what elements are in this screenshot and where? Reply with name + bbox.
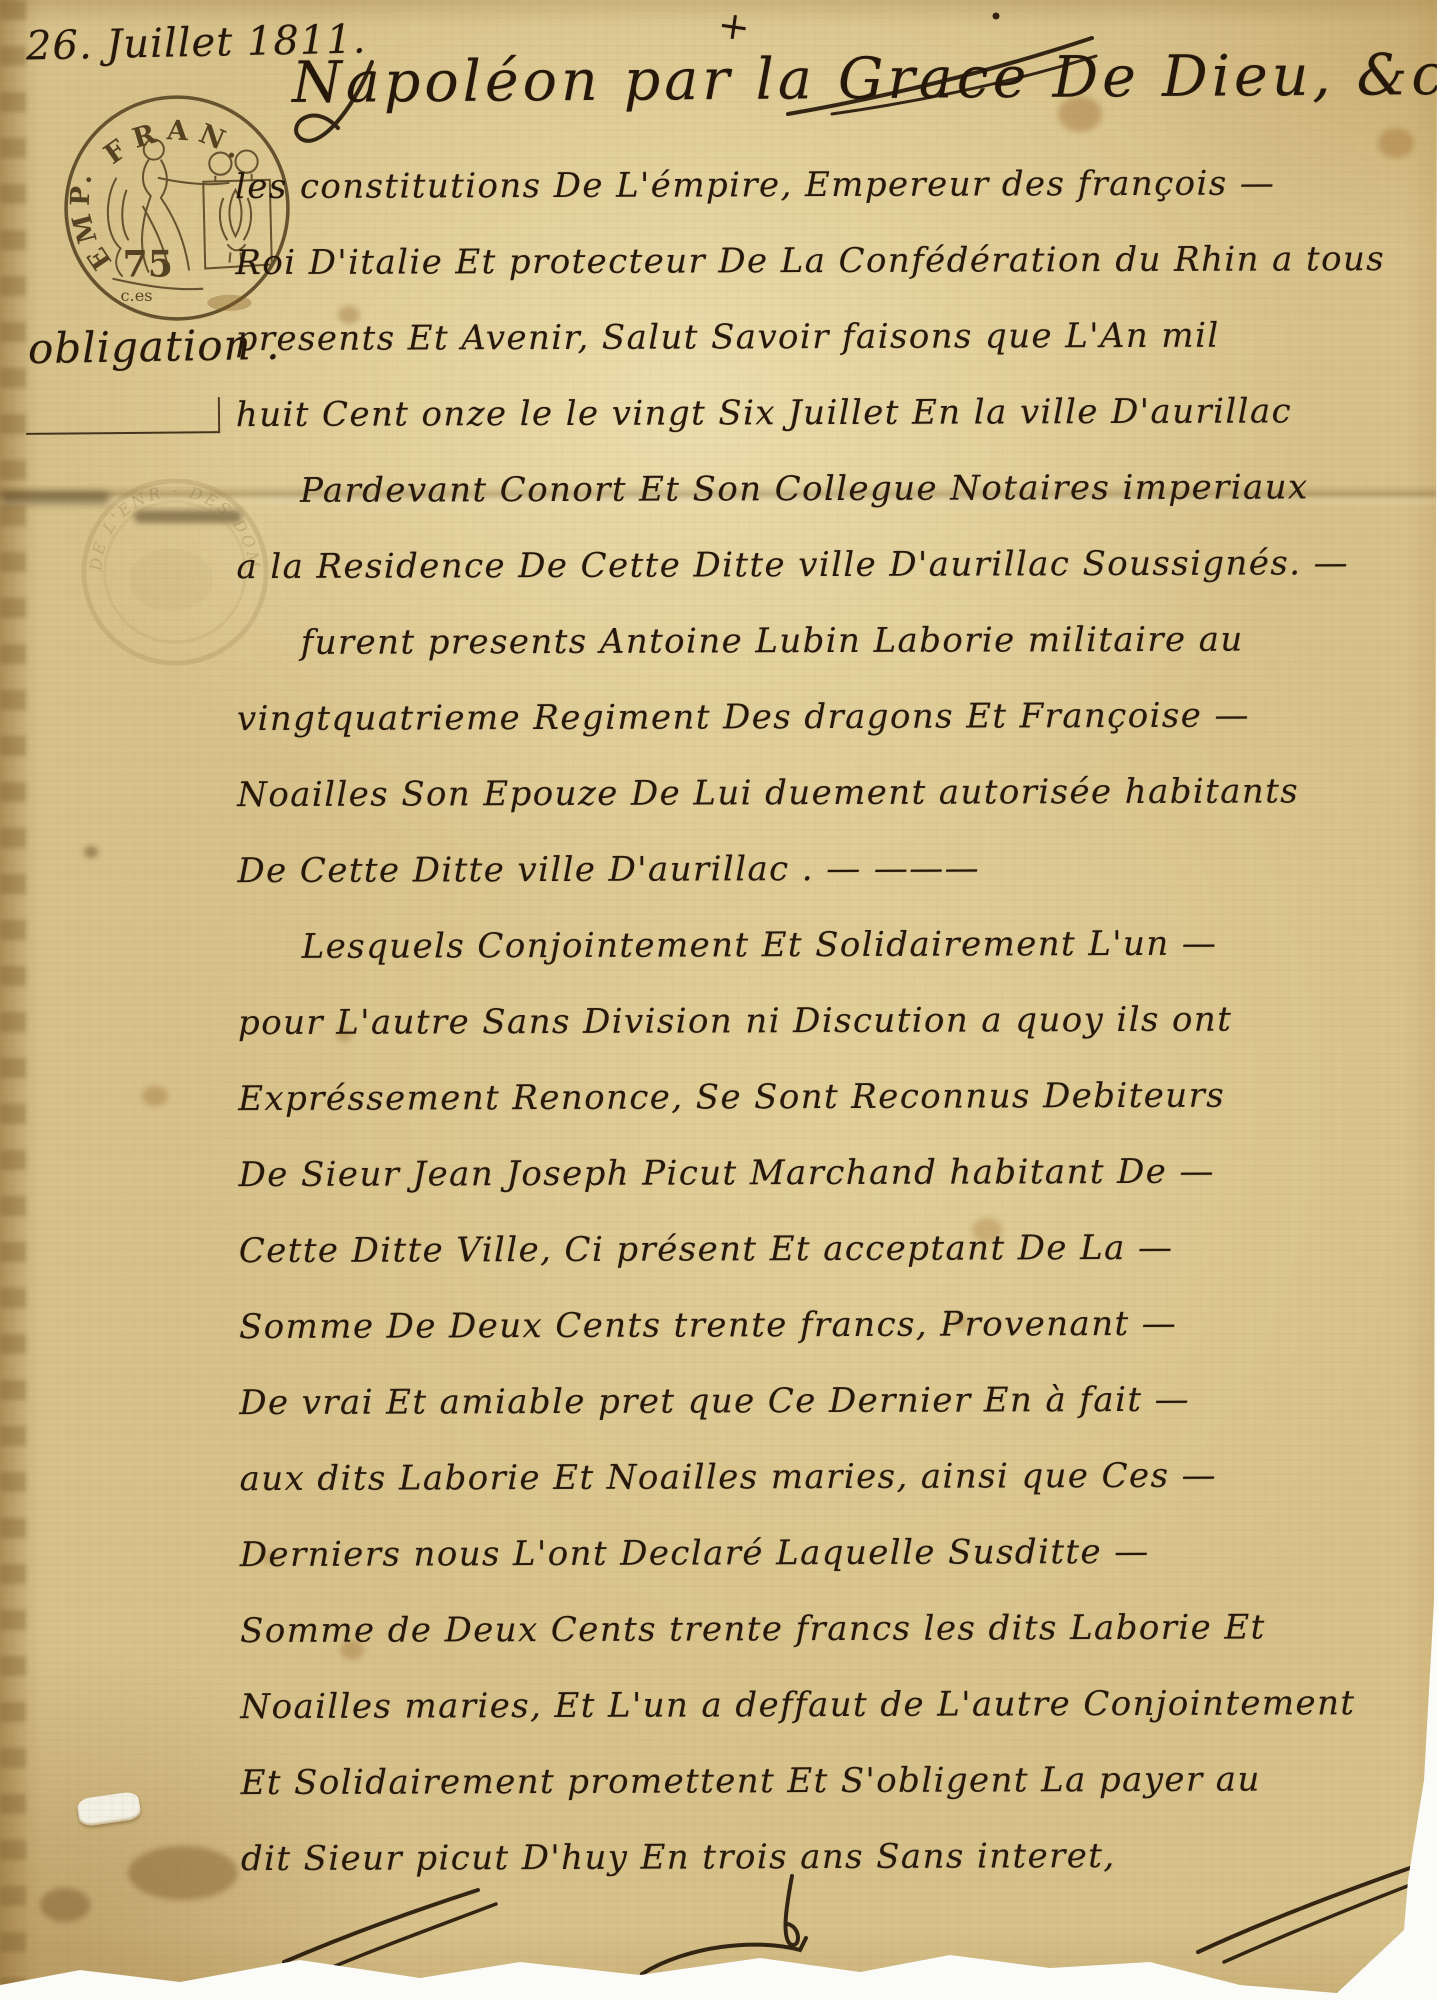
- manuscript-line: Lesquels Conjointement Et Solidairement …: [238, 905, 1433, 985]
- ink-dot: [993, 13, 1000, 20]
- paper-tear-hole: [76, 1791, 141, 1827]
- manuscript-line: Roi D'italie Et protecteur De La Confédé…: [235, 221, 1430, 301]
- manuscript-opening-line: Napoléon par la Grace De Dieu, &c: [292, 42, 1437, 116]
- stamp-value: 75: [123, 243, 174, 286]
- bottom-left-flourish: [284, 1890, 478, 1962]
- manuscript-body: les constitutions De L'émpire, Empereur …: [235, 145, 1436, 1897]
- manuscript-line: Expréssement Renonce, Se Sont Reconnus D…: [238, 1057, 1433, 1137]
- manuscript-line: Somme De Deux Cents trente francs, Prove…: [239, 1285, 1434, 1365]
- manuscript-line: huit Cent onze le le vingt Six Juillet E…: [236, 373, 1431, 453]
- manuscript-line: furent presents Antoine Lubin Laborie mi…: [237, 601, 1432, 681]
- stain: [40, 1888, 90, 1922]
- stamp-country-text: FRAN.: [98, 114, 257, 171]
- manuscript-line: a la Residence De Cette Ditte ville D'au…: [236, 525, 1431, 605]
- manuscript-line: presents Et Avenir, Salut Savoir faisons…: [235, 297, 1430, 377]
- manuscript-line: De Sieur Jean Joseph Picut Marchand habi…: [238, 1133, 1433, 1213]
- stamp-empire-text: EMP.: [65, 165, 119, 276]
- manuscript-line: les constitutions De L'émpire, Empereur …: [235, 145, 1430, 225]
- manuscript-line: De vrai Et amiable pret que Ce Dernier E…: [239, 1361, 1434, 1441]
- paper-left-edge: [0, 0, 26, 2000]
- bottom-right-flourish: [1224, 1882, 1418, 1962]
- manuscript-line: Noailles Son Epouze De Lui duement autor…: [237, 753, 1432, 833]
- manuscript-line: Pardevant Conort Et Son Collegue Notaire…: [236, 449, 1431, 529]
- manuscript-line: Et Solidairement promettent Et S'obligen…: [241, 1741, 1436, 1821]
- manuscript-line: De Cette Ditte ville D'aurillac . — ———: [237, 829, 1432, 909]
- paper-sheet: DE L'ENR · DES DOM: [0, 0, 1437, 2000]
- obligation-underline: [26, 397, 220, 435]
- svg-text:EMP.: EMP.: [65, 165, 119, 276]
- manuscript-line: Somme de Deux Cents trente francs les di…: [240, 1589, 1435, 1669]
- seal-figure-relief: [129, 548, 212, 611]
- manuscript-line: dit Sieur picut D'huy En trois ans Sans …: [241, 1817, 1436, 1897]
- stain: [128, 1846, 238, 1900]
- manuscript-line: aux dits Laborie Et Noailles maries, ain…: [239, 1437, 1434, 1517]
- stamp-value-unit: c.es: [121, 286, 153, 305]
- scan-background: DE L'ENR · DES DOM: [0, 0, 1437, 2000]
- bottom-left-flourish: [316, 1904, 496, 1974]
- svg-text:FRAN.: FRAN.: [98, 114, 257, 171]
- plus-mark: +: [715, 2, 753, 50]
- manuscript-line: pour L'autre Sans Division ni Discution …: [238, 981, 1433, 1061]
- stain: [142, 1086, 168, 1106]
- signature-paraph: [642, 1938, 806, 1974]
- manuscript-line: Noailles maries, Et L'un a deffaut de L'…: [240, 1665, 1435, 1745]
- manuscript-line: vingtquatrieme Regiment Des dragons Et F…: [237, 677, 1432, 757]
- manuscript-line: Derniers nous L'ont Declaré Laquelle Sus…: [240, 1513, 1435, 1593]
- manuscript-line: Cette Ditte Ville, Ci présent Et accepta…: [239, 1209, 1434, 1289]
- stain: [84, 846, 98, 858]
